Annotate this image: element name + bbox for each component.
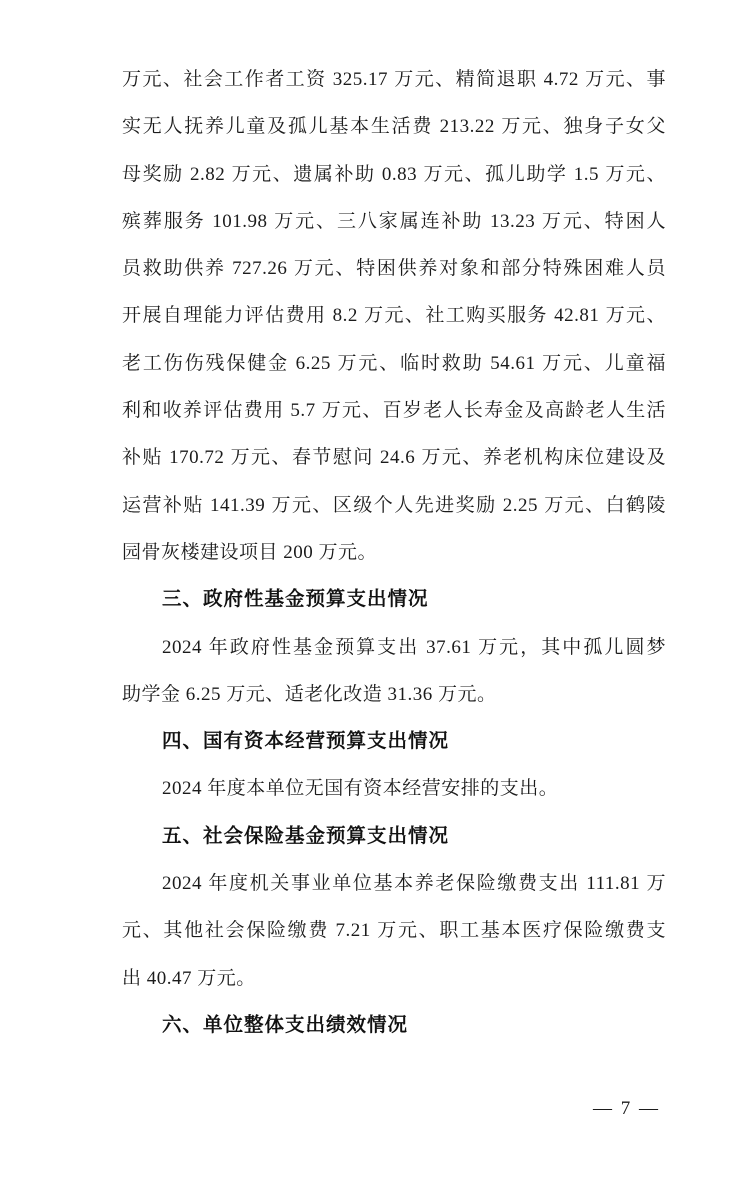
document-page: 万元、社会工作者工资 325.17 万元、精简退职 4.72 万元、事 实无人抚… xyxy=(0,0,750,1185)
body-line: 利和收养评估费用 5.7 万元、百岁老人长寿金及高龄老人生活 xyxy=(122,387,666,434)
body-line: 元、其他社会保险缴费 7.21 万元、职工基本医疗保险缴费支 xyxy=(122,907,666,954)
body-line: 2024 年度机关事业单位基本养老保险缴费支出 111.81 万 xyxy=(122,860,666,907)
body-line: 员救助供养 727.26 万元、特困供养对象和部分特殊困难人员 xyxy=(122,245,666,292)
section-heading: 三、政府性基金预算支出情况 xyxy=(122,576,666,623)
body-line: 出 40.47 万元。 xyxy=(122,955,666,1002)
page-number: — 7 — xyxy=(593,1098,660,1120)
section-heading: 六、单位整体支出绩效情况 xyxy=(122,1002,666,1049)
body-line: 2024 年政府性基金预算支出 37.61 万元，其中孤儿圆梦 xyxy=(122,624,666,671)
body-line: 园骨灰楼建设项目 200 万元。 xyxy=(122,529,666,576)
body-line: 运营补贴 141.39 万元、区级个人先进奖励 2.25 万元、白鹤陵 xyxy=(122,482,666,529)
body-line: 开展自理能力评估费用 8.2 万元、社工购买服务 42.81 万元、 xyxy=(122,292,666,339)
body-line: 母奖励 2.82 万元、遗属补助 0.83 万元、孤儿助学 1.5 万元、 xyxy=(122,151,666,198)
body-line: 补贴 170.72 万元、春节慰问 24.6 万元、养老机构床位建设及 xyxy=(122,434,666,481)
document-body: 万元、社会工作者工资 325.17 万元、精简退职 4.72 万元、事 实无人抚… xyxy=(0,0,750,1049)
body-line: 老工伤伤残保健金 6.25 万元、临时救助 54.61 万元、儿童福 xyxy=(122,340,666,387)
body-line: 2024 年度本单位无国有资本经营安排的支出。 xyxy=(122,765,666,812)
body-line: 殡葬服务 101.98 万元、三八家属连补助 13.23 万元、特困人 xyxy=(122,198,666,245)
section-heading: 四、国有资本经营预算支出情况 xyxy=(122,718,666,765)
section-heading: 五、社会保险基金预算支出情况 xyxy=(122,813,666,860)
body-line: 助学金 6.25 万元、适老化改造 31.36 万元。 xyxy=(122,671,666,718)
body-line: 万元、社会工作者工资 325.17 万元、精简退职 4.72 万元、事 xyxy=(122,56,666,103)
body-line: 实无人抚养儿童及孤儿基本生活费 213.22 万元、独身子女父 xyxy=(122,103,666,150)
